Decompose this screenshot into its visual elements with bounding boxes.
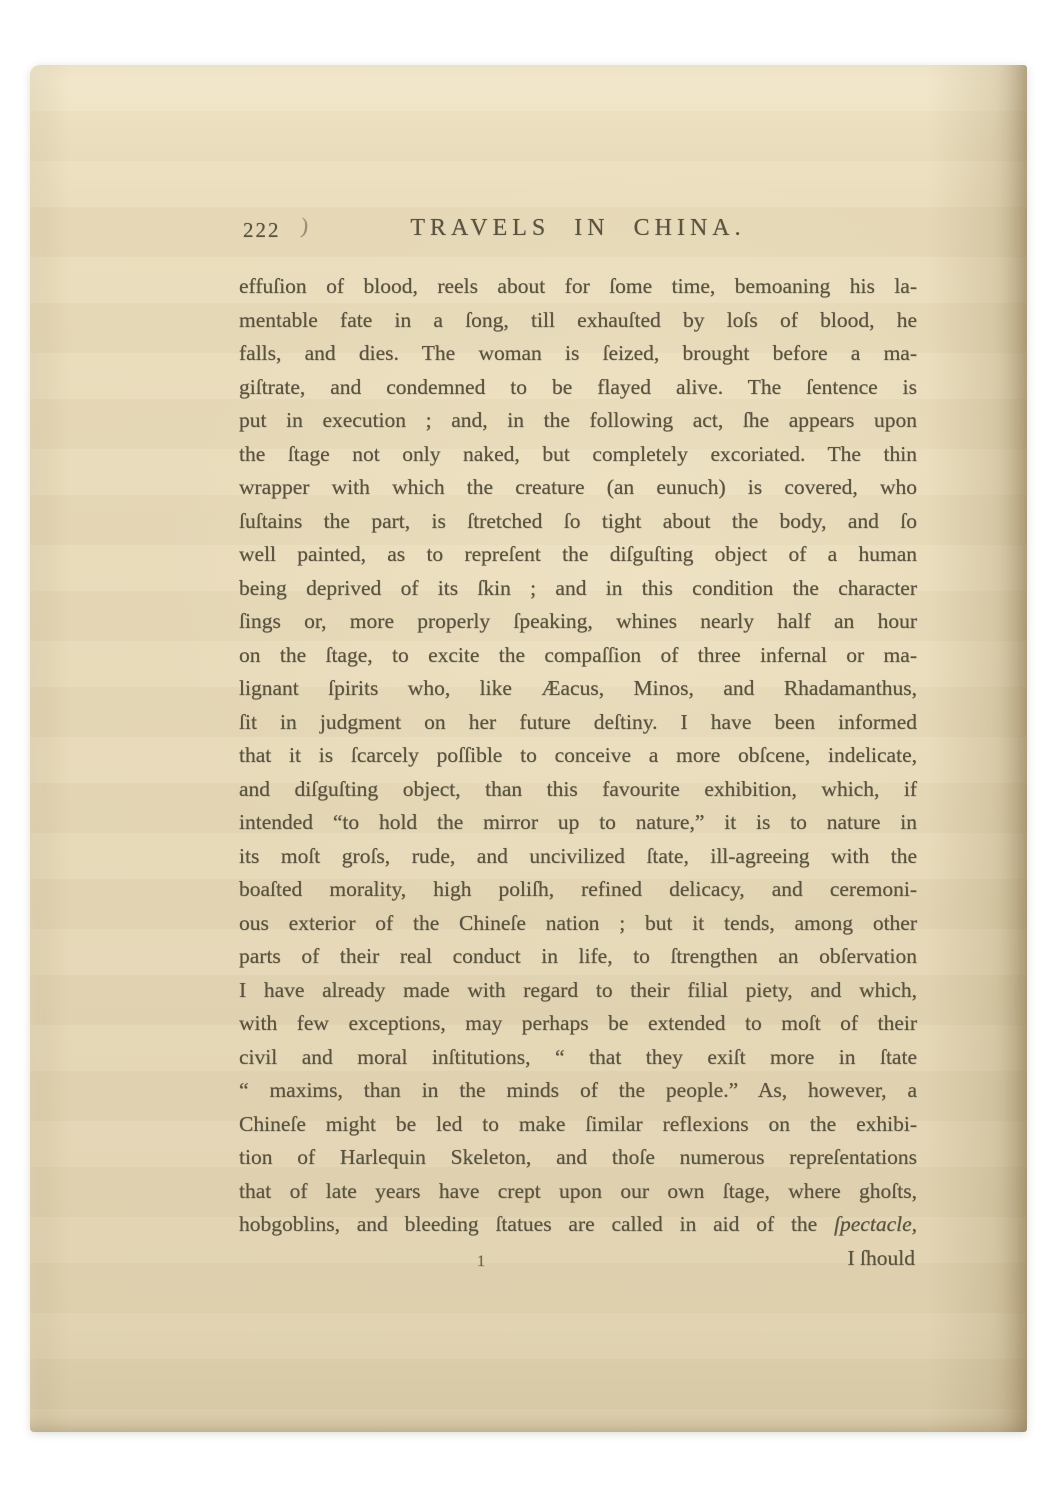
body-line: being deprived of its ſkin ; and in this… (239, 572, 917, 606)
signature-mark: 1 (477, 1245, 485, 1279)
body-text: effuſion of blood, reels about for ſome … (239, 270, 917, 1276)
catchword: I ſhould (848, 1242, 915, 1276)
body-line: that of late years have crept upon our o… (239, 1175, 917, 1209)
body-line: tion of Harlequin Skeleton, and thoſe nu… (239, 1141, 917, 1175)
italic-word: ſpectacle, (834, 1212, 917, 1236)
body-line: parts of their real conduct in life, to … (239, 940, 917, 974)
body-line-last-text: hobgoblins, and bleeding ſtatues are cal… (239, 1212, 834, 1236)
paper-sheet: 222 ) TRAVELS IN CHINA. effuſion of bloo… (30, 65, 1027, 1432)
page-title: TRAVELS IN CHINA. (239, 215, 917, 242)
body-line: giſtrate, and condemned to be flayed ali… (239, 371, 917, 405)
body-line: the ſtage not only naked, but completely… (239, 438, 917, 472)
body-line: lignant ſpirits who, like Æacus, Minos, … (239, 672, 917, 706)
body-line: well painted, as to repreſent the diſguſ… (239, 538, 917, 572)
body-line: mentable fate in a ſong, till exhauſted … (239, 304, 917, 338)
body-line: ſuſtains the part, is ſtretched ſo tight… (239, 505, 917, 539)
body-line: falls, and dies. The woman is ſeized, br… (239, 337, 917, 371)
body-line: ſings or, more properly ſpeaking, whines… (239, 605, 917, 639)
body-line: ous exterior of the Chineſe nation ; but… (239, 907, 917, 941)
body-lines: effuſion of blood, reels about for ſome … (239, 270, 917, 1208)
body-line: effuſion of blood, reels about for ſome … (239, 270, 917, 304)
body-line: intended “to hold the mirror up to natur… (239, 806, 917, 840)
body-line: put in execution ; and, in the following… (239, 404, 917, 438)
body-line: on the ſtage, to excite the compaſſion o… (239, 639, 917, 673)
body-line: and diſguſting object, than this favouri… (239, 773, 917, 807)
footer-line: 1 I ſhould (239, 1242, 917, 1276)
body-line: “ maxims, than in the minds of the peopl… (239, 1074, 917, 1108)
body-line: wrapper with which the creature (an eunu… (239, 471, 917, 505)
body-line: boaſted morality, high poliſh, refined d… (239, 873, 917, 907)
body-line: with few exceptions, may perhaps be exte… (239, 1007, 917, 1041)
body-line: that it is ſcarcely poſſible to conceive… (239, 739, 917, 773)
body-line: civil and moral inſtitutions, “ that the… (239, 1041, 917, 1075)
running-head: 222 ) TRAVELS IN CHINA. (239, 215, 917, 249)
body-line: its moſt groſs, rude, and uncivilized ſt… (239, 840, 917, 874)
body-line-last: hobgoblins, and bleeding ſtatues are cal… (239, 1208, 917, 1242)
body-line: Chineſe might be led to make ſimilar ref… (239, 1108, 917, 1142)
body-line: ſit in judgment on her future deſtiny. I… (239, 706, 917, 740)
body-line: I have already made with regard to their… (239, 974, 917, 1008)
scanned-book-page: 222 ) TRAVELS IN CHINA. effuſion of bloo… (0, 0, 1059, 1500)
